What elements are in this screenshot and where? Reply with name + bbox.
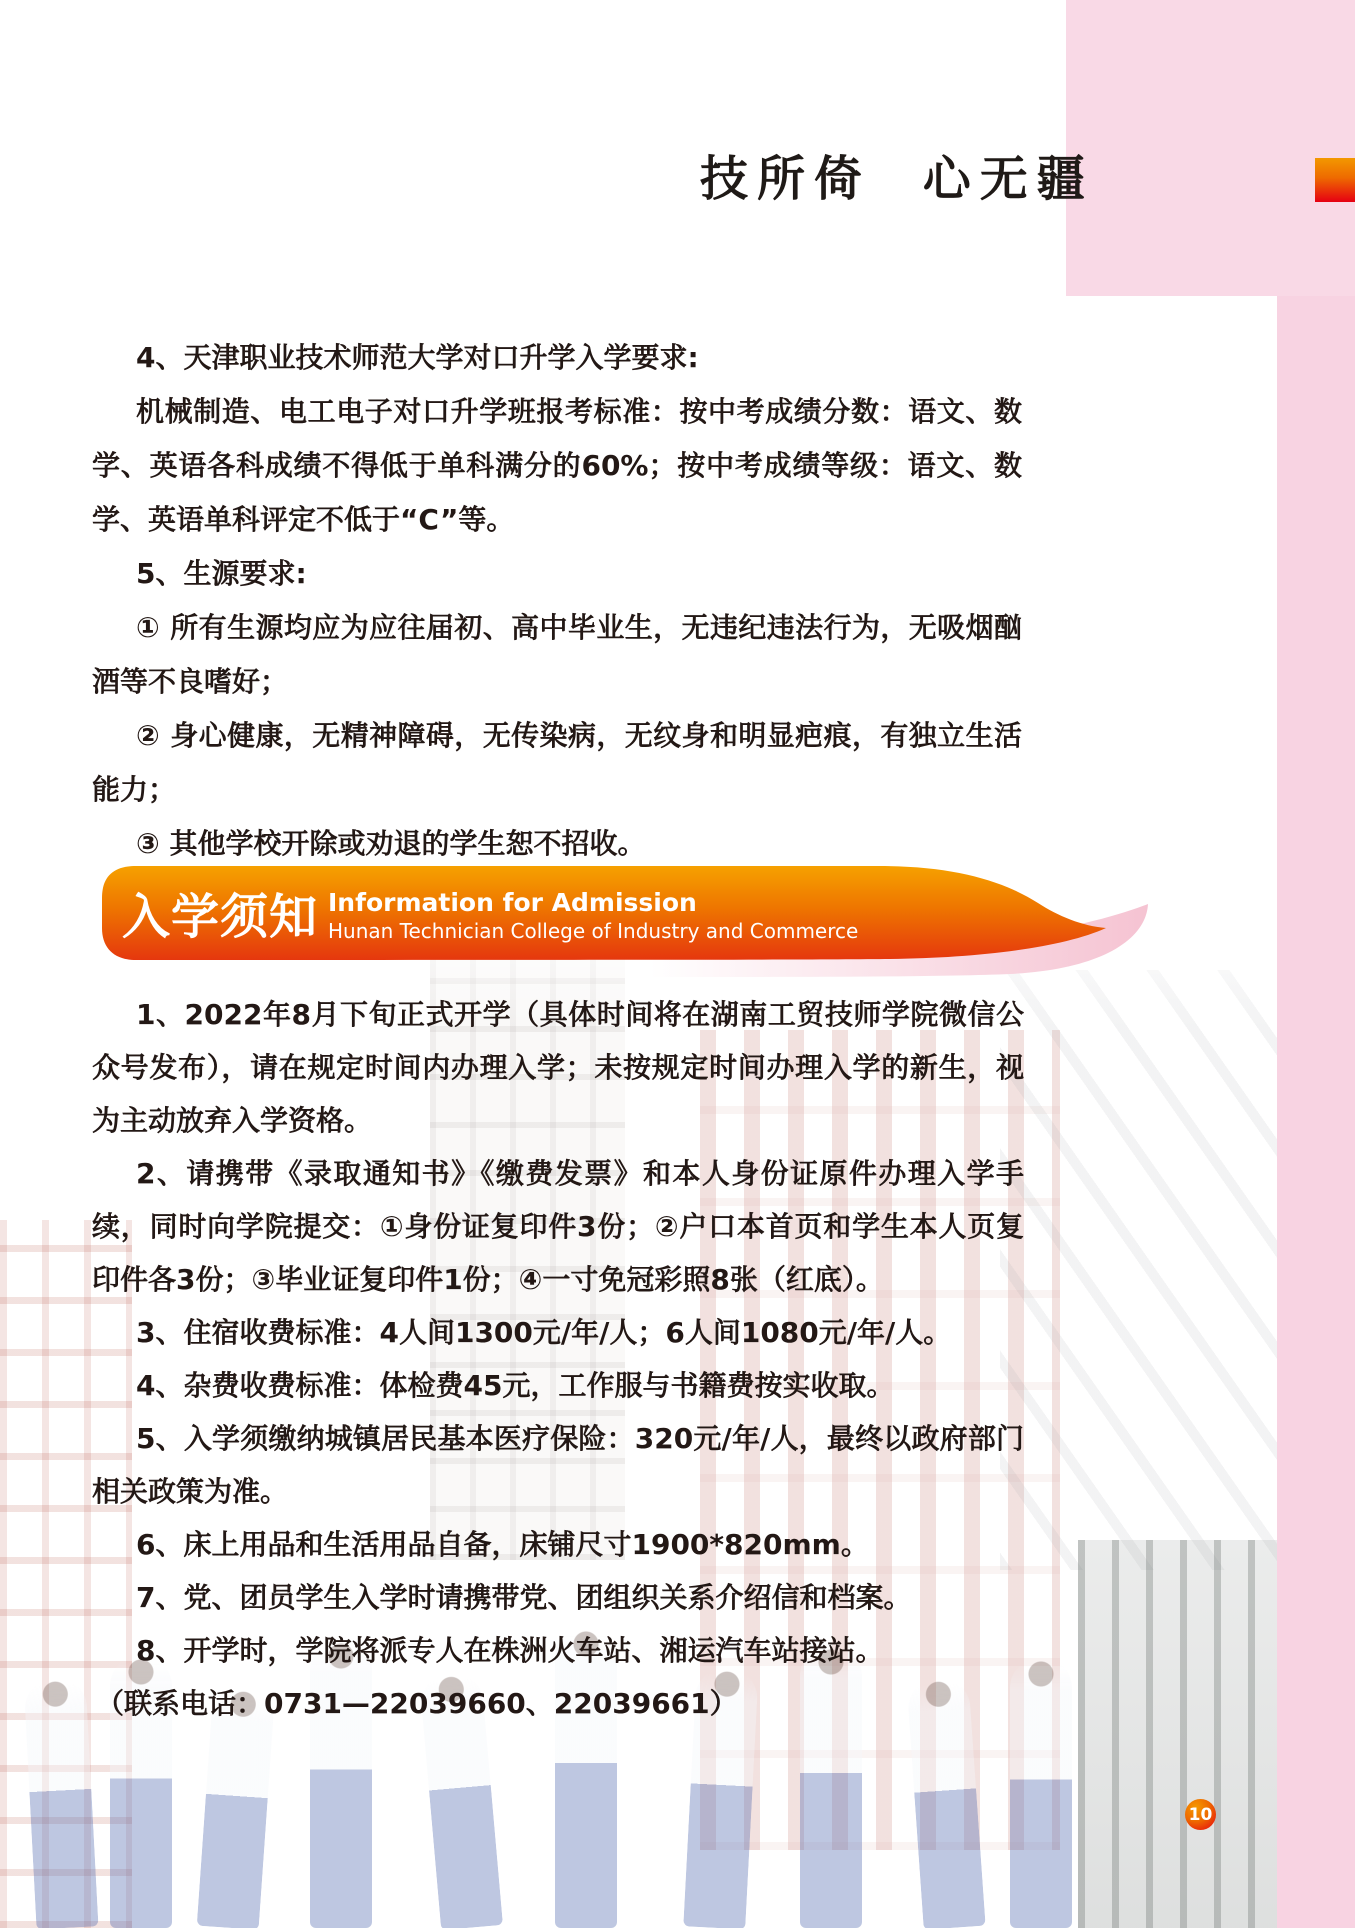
banner-subtitle-english: Hunan Technician College of Industry and… (328, 918, 858, 944)
building-right-glass (1000, 970, 1277, 1570)
brochure-page: 技所倚 心无疆 4、天津职业技术师范大学对口升学入学要求: 机械制造、电工电子对… (0, 0, 1355, 1928)
banner-title-english: Information for Admission (328, 888, 858, 918)
student-figure (24, 1677, 99, 1928)
para-source-item-1: ① 所有生源均应为应往届初、高中毕业生，无违纪违法行为，无吸烟酗酒等不良嗜好； (92, 601, 1022, 709)
slogan-calligraphy: 技所倚 心无疆 (700, 140, 1094, 209)
info-item-5: 5、入学须缴纳城镇居民基本医疗保险：320元/年/人，最终以政府部门相关政策为准… (92, 1412, 1024, 1518)
info-item-4: 4、杂费收费标准：体检费45元，工作服与书籍费按实收取。 (92, 1359, 1024, 1412)
contact-phone-line: （联系电话：0731—22039660、22039661） (92, 1677, 1024, 1730)
info-item-3: 3、住宿收费标准：4人间1300元/年/人；6人间1080元/年/人。 (92, 1306, 1024, 1359)
para-exam-standards: 机械制造、电工电子对口升学班报考标准：按中考成绩分数：语文、数学、英语各科成绩不… (92, 385, 1022, 547)
para-tianjin-requirements-heading: 4、天津职业技术师范大学对口升学入学要求: (92, 331, 1022, 385)
red-accent-bar (1315, 158, 1355, 202)
info-item-8: 8、开学时，学院将派专人在株洲火车站、湘运汽车站接站。 (92, 1624, 1024, 1677)
para-source-item-2: ② 身心健康，无精神障碍，无传染病，无纹身和明显疤痕，有独立生活能力； (92, 709, 1022, 817)
banner-english-block: Information for Admission Hunan Technici… (328, 888, 858, 944)
info-item-1: 1、2022年8月下旬正式开学（具体时间将在湖南工贸技师学院微信公众号发布），请… (92, 988, 1024, 1147)
para-source-item-3: ③ 其他学校开除或劝退的学生恕不招收。 (92, 817, 1022, 871)
para-source-requirements-heading: 5、生源要求: (92, 547, 1022, 601)
banner-title-chinese: 入学须知 (122, 878, 318, 947)
page-number-badge: 10 (1185, 1799, 1216, 1830)
info-item-2: 2、请携带《录取通知书》《缴费发票》和本人身份证原件办理入学手续，同时向学院提交… (92, 1147, 1024, 1306)
admission-banner: 入学须知 Information for Admission Hunan Tec… (90, 856, 1155, 996)
admission-info-section: 1、2022年8月下旬正式开学（具体时间将在湖南工贸技师学院微信公众号发布），请… (92, 988, 1024, 1730)
info-item-7: 7、党、团员学生入学时请携带党、团组织关系介绍信和档案。 (92, 1571, 1024, 1624)
top-right-pink-block (1066, 0, 1355, 296)
requirements-section: 4、天津职业技术师范大学对口升学入学要求: 机械制造、电工电子对口升学班报考标准… (92, 331, 1022, 871)
info-item-6: 6、床上用品和生活用品自备，床铺尺寸1900*820mm。 (92, 1518, 1024, 1571)
